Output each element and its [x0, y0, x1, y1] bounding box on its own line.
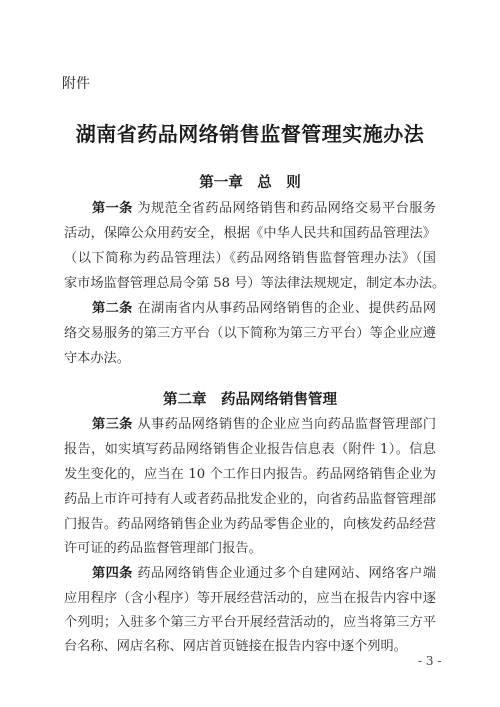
article-3-line-4: 药品上市许可持有人或者药品批发企业的，向省药品监督管理部: [64, 488, 436, 507]
article-4-line-2: 应用程序（含小程序）等开展经营活动的，应当在报告内容中逐: [64, 587, 436, 606]
article-1-line-3: （以下简称为药品管理法）《药品网络销售监督管理办法》（国: [64, 247, 436, 266]
article-1-line-2: 活动，保障公众用药安全，根据《中华人民共和国药品管理法》: [64, 222, 436, 241]
article-1-line-4: 家市场监督管理总局令第 58 号）等法律法规规定，制定本办法。: [64, 272, 436, 291]
article-3-line-2: 报告，如实填写药品网络销售企业报告信息表（附件 1）。信息: [64, 438, 436, 457]
article-3-line-1: 第三条 从事药品网络销售的企业应当向药品监督管理部门: [92, 413, 436, 432]
article-3-label: 第三条: [92, 417, 133, 432]
article-3-line-3: 发生变化的，应当在 10 个工作日内报告。药品网络销售企业为: [64, 463, 436, 482]
article-3-line-5: 门报告。药品网络销售企业为药品零售企业的，向核发药品经营: [64, 513, 436, 532]
article-1-line-1: 第一条 为规范全省药品网络销售和药品网络交易平台服务: [92, 197, 436, 216]
article-2-line-3: 守本办法。: [64, 347, 436, 366]
article-2-line-2: 络交易服务的第三方平台（以下简称为第三方平台）等企业应遵: [64, 322, 436, 341]
page-number: - 3 -: [418, 654, 441, 668]
document-title: 湖南省药品网络销售监督管理实施办法: [0, 118, 500, 147]
article-4-line-1: 第四条 药品网络销售企业通过多个自建网站、网络客户端: [92, 562, 436, 581]
article-4-label: 第四条: [92, 566, 133, 581]
article-4-line-4: 台名称、网店名称、网店首页链接在报告内容中逐个列明。: [64, 635, 436, 654]
chapter-1-heading: 第一章 总 则: [0, 171, 500, 192]
attachment-label: 附件: [62, 73, 90, 93]
article-3-line-6: 许可证的药品监督管理部门报告。: [64, 537, 436, 556]
article-2-line-1: 第二条 在湖南省内从事药品网络销售的企业、提供药品网: [92, 297, 436, 316]
article-2-label: 第二条: [92, 301, 133, 316]
article-4-line-3: 个列明；入驻多个第三方平台开展经营活动的，应当将第三方平: [64, 611, 436, 630]
article-1-label: 第一条: [92, 201, 133, 216]
chapter-2-heading: 第二章 药品网络销售管理: [0, 388, 500, 409]
